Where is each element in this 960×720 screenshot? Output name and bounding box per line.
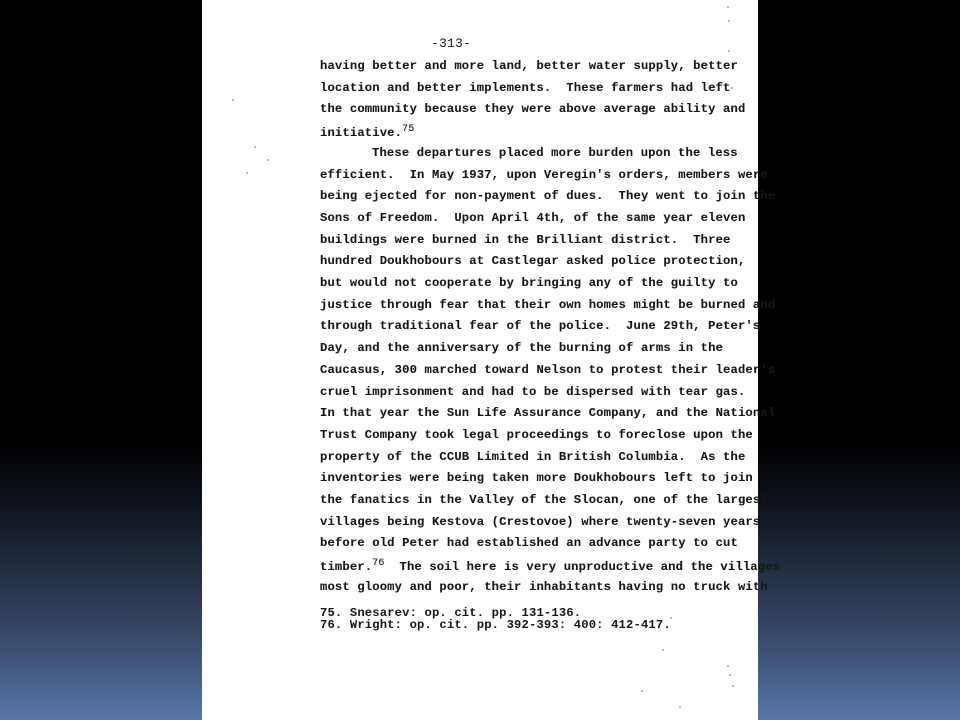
scan-speck [679,706,681,708]
text-line: having better and more land, better wate… [320,59,738,73]
text-line: the community because they were above av… [320,102,745,116]
footnote-reference: 75 [402,124,414,135]
scan-speck [232,99,234,101]
text-line: justice through fear that their own home… [320,298,775,312]
scan-speck [729,674,731,676]
scan-speck [670,617,672,619]
text-line: initiative.75 [320,124,414,140]
text-line: inventories were being taken more Doukho… [320,471,753,485]
text-line: In that year the Sun Life Assurance Comp… [320,406,775,420]
scan-speck [728,20,730,22]
text-line: These departures placed more burden upon… [372,146,738,160]
scan-speck [728,50,730,52]
text-line: hundred Doukhobours at Castlegar asked p… [320,254,745,268]
scan-speck [254,146,256,148]
text-line: Day, and the anniversary of the burning … [320,341,723,355]
text-line: Sons of Freedom. Upon April 4th, of the … [320,211,745,225]
text-line: through traditional fear of the police. … [320,319,760,333]
scan-speck [731,87,733,89]
scan-speck [727,665,729,667]
footnote-reference: 76 [372,558,384,569]
text-line: cruel imprisonment and had to be dispers… [320,385,745,399]
text-line: timber.76 The soil here is very unproduc… [320,558,780,574]
text-line: property of the CCUB Limited in British … [320,450,745,464]
text-line: the fanatics in the Valley of the Slocan… [320,493,768,507]
footnote: 76. Wright: op. cit. pp. 392-393: 400: 4… [320,618,671,632]
scan-speck [267,159,269,161]
text-line: buildings were burned in the Brilliant d… [320,233,731,247]
text-line: before old Peter had established an adva… [320,536,738,550]
text-line: being ejected for non-payment of dues. T… [320,189,775,203]
text-line: location and better implements. These fa… [320,81,731,95]
scan-speck [662,649,664,651]
page-number: -313- [431,36,471,51]
scan-speck [246,172,248,174]
text-line: efficient. In May 1937, upon Veregin's o… [320,168,768,182]
text-line: Caucasus, 300 marched toward Nelson to p… [320,363,775,377]
text-line: villages being Kestova (Crestovoe) where… [320,515,760,529]
scan-speck [641,690,643,692]
text-line: Trust Company took legal proceedings to … [320,428,753,442]
text-line: but would not cooperate by bringing any … [320,276,738,290]
scan-speck [727,6,729,8]
text-line: most gloomy and poor, their inhabitants … [320,580,768,594]
scan-speck [732,685,734,687]
